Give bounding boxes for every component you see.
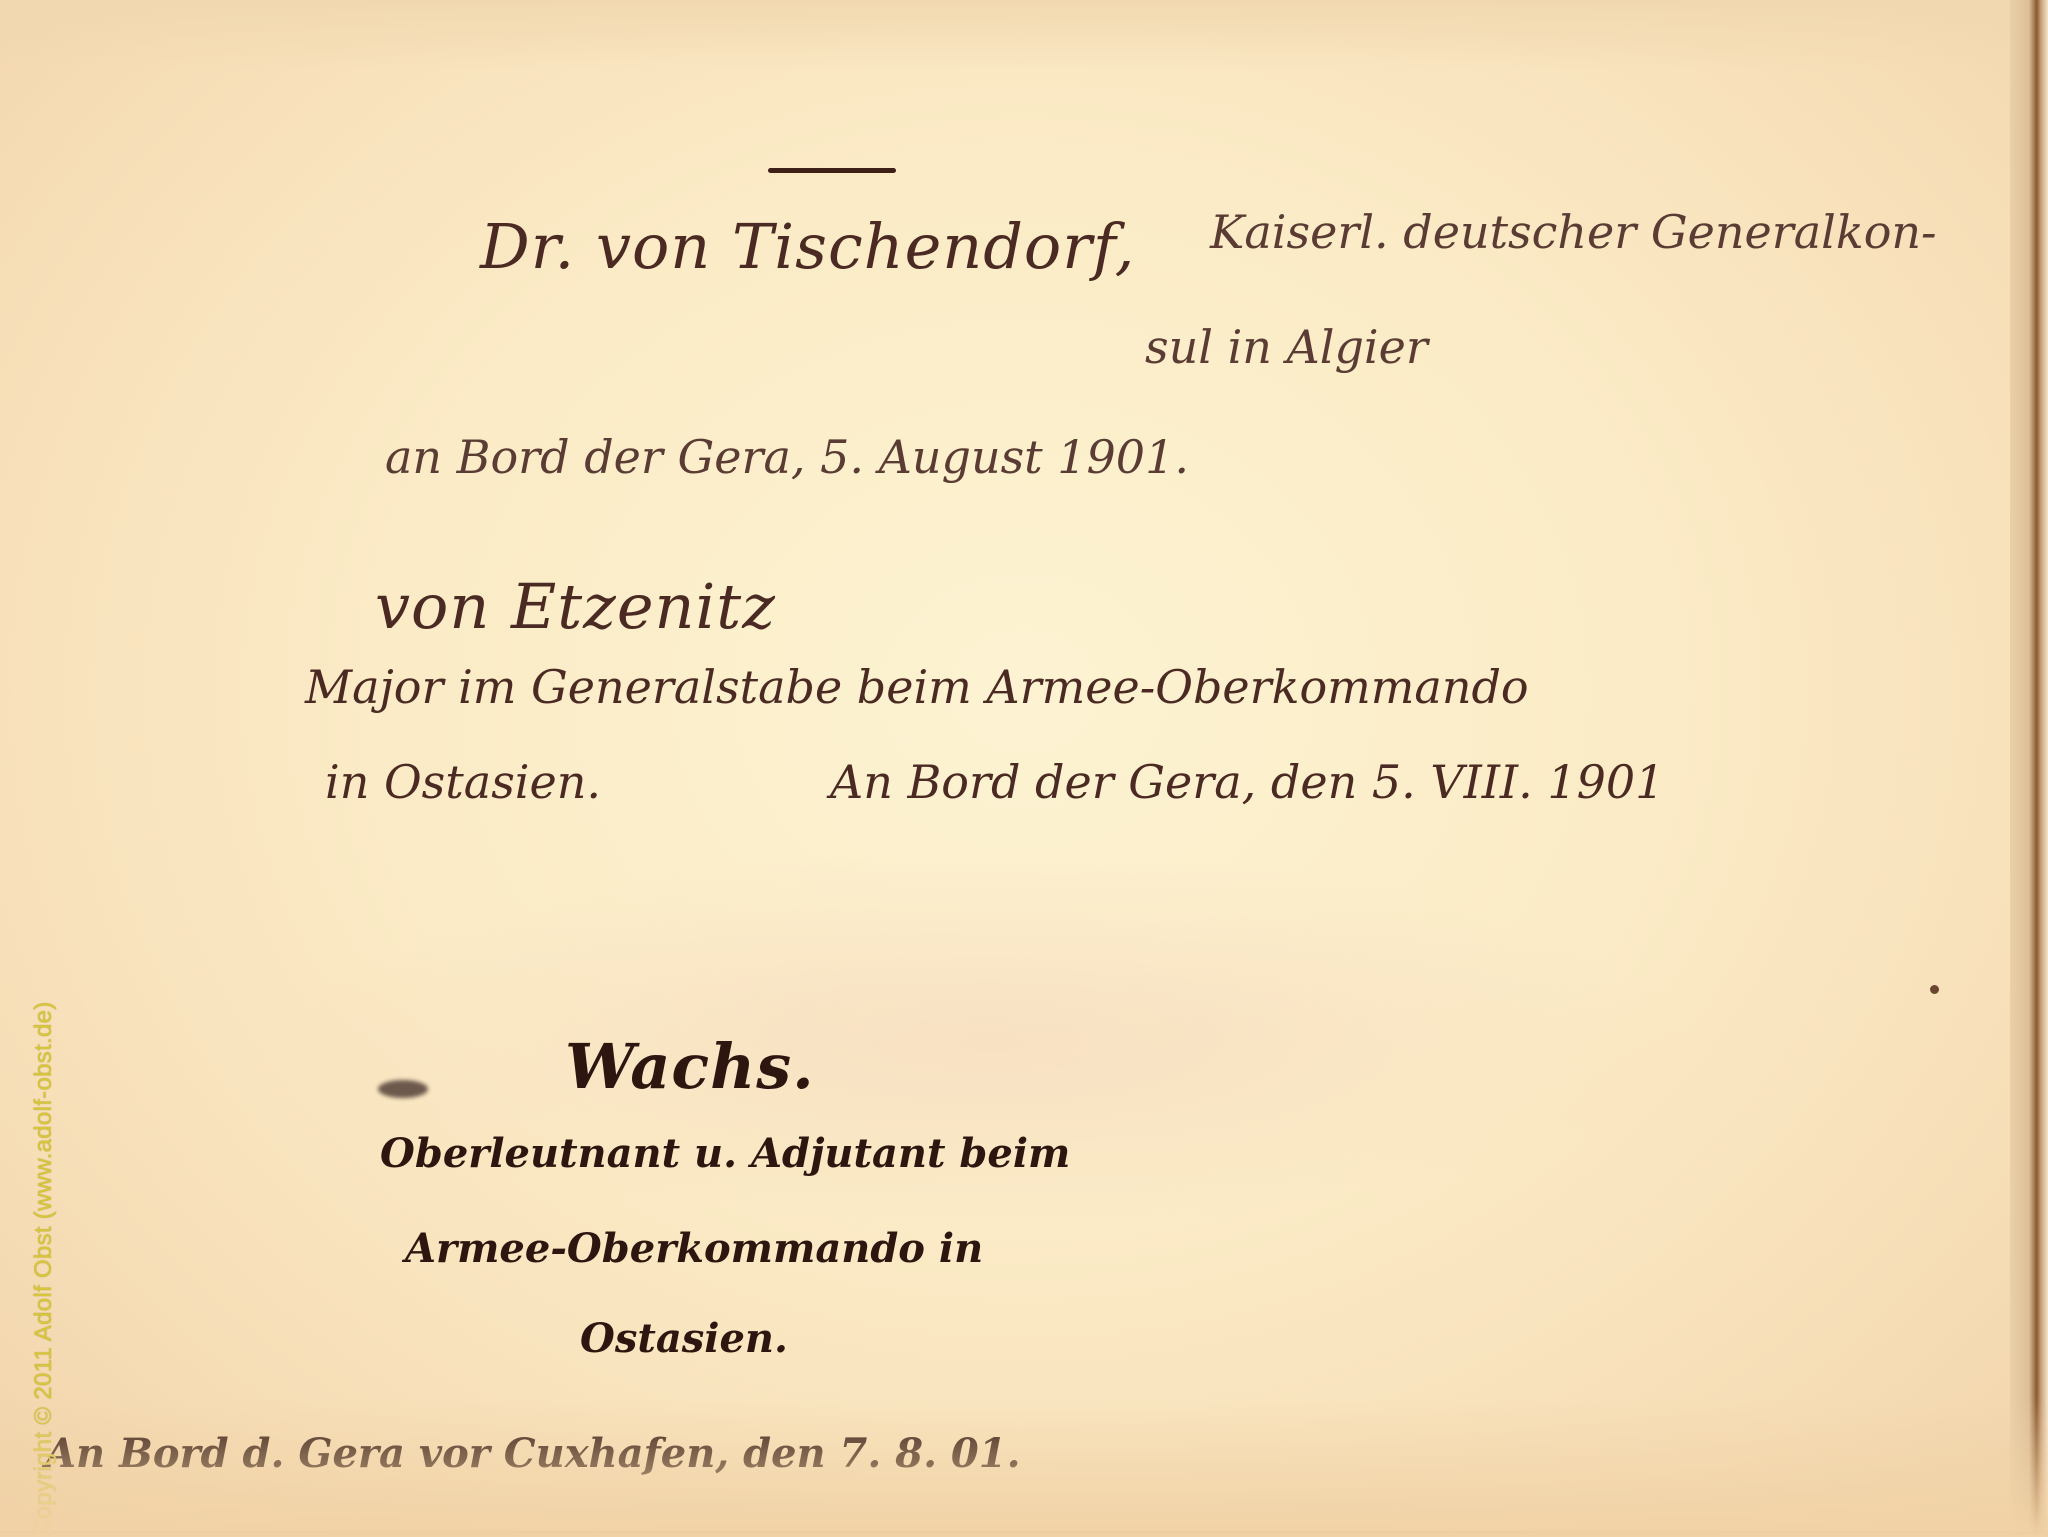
ink-blot: [378, 1080, 428, 1098]
entry-2-title-line-1: Major im Generalstabe beim Armee-Oberkom…: [305, 660, 1529, 714]
entry-1-title-line-1: Kaiserl. deutscher Generalkon-: [1210, 205, 1937, 259]
entry-3-signature: Wachs.: [565, 1030, 815, 1103]
entry-3-title-line-3: Ostasien.: [580, 1315, 788, 1362]
entry-2-place-date: An Bord der Gera, den 5. VIII. 1901: [830, 755, 1664, 809]
entry-2-signature: von Etzenitz: [375, 570, 776, 643]
entry-3-place-date: An Bord d. Gera vor Cuxhafen, den 7. 8. …: [45, 1430, 1021, 1477]
page-bottom-edge: [0, 1531, 2048, 1537]
page-edge: [2010, 0, 2048, 1537]
signature-overline: [768, 168, 896, 173]
entry-3-title-line-1: Oberleutnant u. Adjutant beim: [380, 1130, 1070, 1177]
entry-1-signature: Dr. von Tischendorf,: [480, 210, 1135, 283]
entry-2-title-line-2: in Ostasien.: [325, 755, 601, 809]
copyright-watermark: Copyright © 2011 Adolf Obst (www.adolf-o…: [30, 1001, 58, 1537]
paper-spot: [1930, 985, 1939, 994]
entry-3-title-line-2: Armee-Oberkommando in: [405, 1225, 983, 1272]
entry-1-title-line-2: sul in Algier: [1145, 320, 1428, 374]
album-page: Dr. von Tischendorf, Kaiserl. deutscher …: [0, 0, 2048, 1537]
entry-1-place-date: an Bord der Gera, 5. August 1901.: [385, 430, 1189, 484]
